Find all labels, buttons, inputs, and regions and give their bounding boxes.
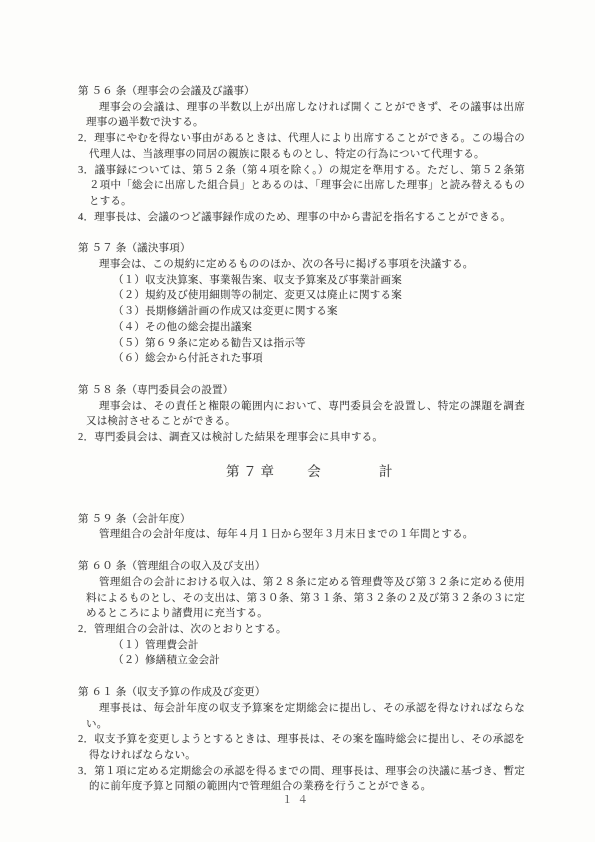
article-paragraph: 4．理事長は、会議のつど議事録作成のため、理事の中から書記を指名することができる… [78,210,525,226]
list-item: （２）修繕積立金会計 [113,653,525,669]
list-item: （１）管理費会計 [113,638,525,654]
list-item: （４）その他の総会提出議案 [113,320,525,336]
article-block: 第 ５７ 条（議決事項）理事会は、この規約に定めるもののほか、次の各号に掲げる事… [78,241,525,367]
list-item: （３）長期修繕計画の作成又は変更に関する案 [113,304,525,320]
article-paragraph: 理事会は、その責任と権限の範囲内において、専門委員会を設置し、特定の課題を調査又… [78,399,525,430]
article-heading: 第 ６１ 条（収支予算の作成及び変更） [78,685,525,701]
article-block: 第 ６０ 条（管理組合の収入及び支出）管理組合の会計における収入は、第２８条に定… [78,559,525,669]
article-heading: 第 ５６ 条（理事会の会議及び議事） [78,84,525,100]
article-heading: 第 ５７ 条（議決事項） [78,241,525,257]
article-paragraph: 3．第１項に定める定期総会の承認を得るまでの間、理事長は、理事会の決議に基づき、… [78,764,525,795]
article-block: 第 ６１ 条（収支予算の作成及び変更）理事長は、毎会計年度の収支予算案を定期総会… [78,685,525,795]
article-block: 第 ５９ 条（会計年度）管理組合の会計年度は、毎年４月１日から翌年３月末日までの… [78,512,525,543]
article-paragraph: 2．収支予算を変更しようとするときは、理事長は、その案を臨時総会に提出し、その承… [78,732,525,763]
article-block: 第 ５６ 条（理事会の会議及び議事）理事会の会議は、理事の半数以上が出席しなけれ… [78,84,525,225]
article-block: 第 ５８ 条（専門委員会の設置）理事会は、その責任と権限の範囲内において、専門委… [78,383,525,446]
list-item: （１）収支決算案、事業報告案、収支予算案及び事業計画案 [113,273,525,289]
article-paragraph: 管理組合の会計における収入は、第２８条に定める管理費等及び第３２条に定める使用料… [78,575,525,622]
article-paragraph: 理事会は、この規約に定めるもののほか、次の各号に掲げる事項を決議する。 [78,257,525,273]
article-paragraph: 理事長は、毎会計年度の収支予算案を定期総会に提出し、その承認を得なければならない… [78,701,525,732]
list-item: （６）総会から付託された事項 [113,351,525,367]
list-item: （２）規約及び使用細則等の制定、変更又は廃止に関する案 [113,288,525,304]
article-paragraph: 管理組合の会計年度は、毎年４月１日から翌年３月末日までの１年間とする。 [78,527,525,543]
page-number: １４ [282,795,313,806]
article-paragraph: 2．専門委員会は、調査又は検討した結果を理事会に具申する。 [78,430,525,446]
list-item: （５）第６９条に定める勧告又は指示等 [113,336,525,352]
scanned-document-page: 第 ５６ 条（理事会の会議及び議事）理事会の会議は、理事の半数以上が出席しなけれ… [0,0,595,842]
chapter-title-char: 会 [307,464,321,479]
article-heading: 第 ６０ 条（管理組合の収入及び支出） [78,559,525,575]
article-paragraph: 2．理事にやむを得ない事由があるときは、代理人により出席することができる。この場… [78,131,525,162]
article-heading: 第 ５９ 条（会計年度） [78,512,525,528]
article-paragraph: 3．議事録については、第５２条（第４項を除く。）の規定を準用する。ただし、第５２… [78,163,525,210]
chapter-heading: 第 ７ 章会計 [78,462,525,482]
article-paragraph: 2．管理組合の会計は、次のとおりとする。 [78,622,525,638]
article-heading: 第 ５８ 条（専門委員会の設置） [78,383,525,399]
document-body: 第 ５６ 条（理事会の会議及び議事）理事会の会議は、理事の半数以上が出席しなけれ… [78,84,525,811]
chapter-number: 第 ７ 章 [226,464,274,479]
article-paragraph: 理事会の会議は、理事の半数以上が出席しなければ開くことができず、その議事は出席理… [78,100,525,131]
chapter-title-char: 計 [379,464,393,479]
